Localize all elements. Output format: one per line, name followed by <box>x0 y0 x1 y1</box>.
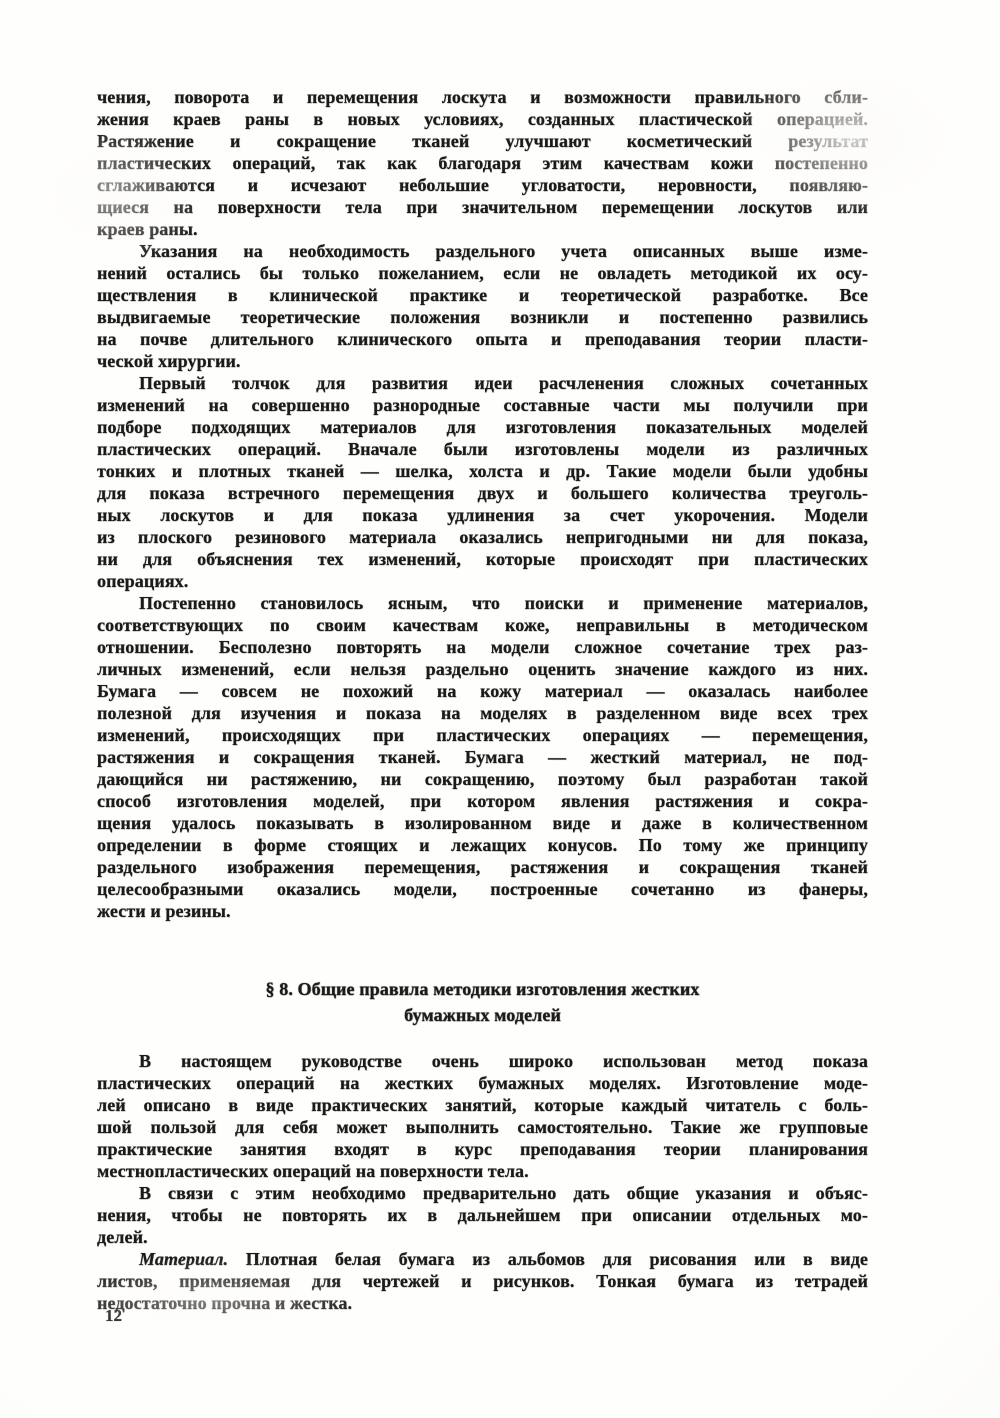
text-line: краев раны. <box>97 218 868 240</box>
page-number: 12 <box>105 1306 122 1326</box>
text-line: листов, применяемая для чертежей и рисун… <box>97 1270 868 1292</box>
text-line: изменений, происходящих при пластических… <box>97 724 868 746</box>
text-line: жести и резины. <box>97 900 868 922</box>
text-line: ществления в клинической практике и теор… <box>97 284 868 306</box>
text-line: щиеся на поверхности тела при значительн… <box>97 196 868 218</box>
text-line: соответствующих по своим качествам коже,… <box>97 614 868 636</box>
text-line: жения краев раны в новых условиях, созда… <box>97 108 868 130</box>
text-line: пластических операций. Вначале были изго… <box>97 438 868 460</box>
text-line: сглаживаются и исчезают небольшие углова… <box>97 174 868 196</box>
text-line: чения, поворота и перемещения лоскута и … <box>97 86 868 108</box>
text-line: тонких и плотных тканей — шелка, холста … <box>97 460 868 482</box>
text-line: Первый толчок для развития идеи расчлене… <box>97 372 868 394</box>
paragraph: В настоящем руководстве очень широко исп… <box>97 1050 868 1182</box>
text-line: способ изготовления моделей, при котором… <box>97 790 868 812</box>
text-line: ни для объяснения тех изменений, которые… <box>97 548 868 570</box>
text-line: В настоящем руководстве очень широко исп… <box>97 1050 868 1072</box>
text-line: отношении. Бесполезно повторять на модел… <box>97 636 868 658</box>
paragraph: чения, поворота и перемещения лоскута и … <box>97 86 868 240</box>
text-line: делей. <box>97 1226 868 1248</box>
text-line: пластических операций на жестких бумажны… <box>97 1072 868 1094</box>
paragraph: Постепенно становилось ясным, что поиски… <box>97 592 868 922</box>
text-line: выдвигаемые теоретические положения возн… <box>97 306 868 328</box>
scanned-book-page: чения, поворота и перемещения лоскута и … <box>0 0 1000 1418</box>
text-line: личных изменений, если нельзя раздельно … <box>97 658 868 680</box>
text-line: Бумага — совсем не похожий на кожу матер… <box>97 680 868 702</box>
paragraph: Материал. Плотная белая бумага из альбом… <box>97 1248 868 1314</box>
text-column: чения, поворота и перемещения лоскута и … <box>97 86 868 1314</box>
text-line: недостаточно прочна и жестка. <box>97 1292 868 1314</box>
text-line: шой пользой для себя может выполнить сам… <box>97 1116 868 1138</box>
text-line: нений остались бы только пожеланием, есл… <box>97 262 868 284</box>
text-line: ных лоскутов и для показа удлинения за с… <box>97 504 868 526</box>
heading-line: бумажных моделей <box>107 1002 858 1028</box>
text-line: целесообразными оказались модели, постро… <box>97 878 868 900</box>
text-line: полезной для изучения и показа на моделя… <box>97 702 868 724</box>
text-line: В связи с этим необходимо предварительно… <box>97 1182 868 1204</box>
text-line: нения, чтобы не повторять их в дальнейше… <box>97 1204 868 1226</box>
text-line: из плоского резинового материала оказали… <box>97 526 868 548</box>
text-line: пластических операций, так как благодаря… <box>97 152 868 174</box>
text-line: операциях. <box>97 570 868 592</box>
paragraph: Указания на необходимость раздельного уч… <box>97 240 868 372</box>
text-line: дающийся ни растяжению, ни сокращению, п… <box>97 768 868 790</box>
text-line: на почве длительного клинического опыта … <box>97 328 868 350</box>
text-line: Указания на необходимость раздельного уч… <box>97 240 868 262</box>
text-line: растяжения и сокращения тканей. Бумага —… <box>97 746 868 768</box>
text-line: для показа встречного перемещения двух и… <box>97 482 868 504</box>
text-line: местнопластических операций на поверхнос… <box>97 1160 868 1182</box>
text-line: ческой хирургии. <box>97 350 868 372</box>
paragraph: В связи с этим необходимо предварительно… <box>97 1182 868 1248</box>
text-line: Материал. Плотная белая бумага из альбом… <box>97 1248 868 1270</box>
section-heading: § 8. Общие правила методики изготовления… <box>107 976 858 1028</box>
text-line: лей описано в виде практических занятий,… <box>97 1094 868 1116</box>
text-line: изменений на совершенно разнородные сост… <box>97 394 868 416</box>
text-line: практические занятия входят в курс препо… <box>97 1138 868 1160</box>
text-line: раздельного изображения перемещения, рас… <box>97 856 868 878</box>
heading-line: § 8. Общие правила методики изготовления… <box>107 976 858 1002</box>
text-line: определении в форме стоящих и лежащих ко… <box>97 834 868 856</box>
lead-word-italic: Материал. <box>139 1249 228 1269</box>
text-line: подборе подходящих материалов для изгото… <box>97 416 868 438</box>
text-line: щения удалось показывать в изолированном… <box>97 812 868 834</box>
paragraph: Первый толчок для развития идеи расчлене… <box>97 372 868 592</box>
text-line: Постепенно становилось ясным, что поиски… <box>97 592 868 614</box>
text-line: Растяжение и сокращение тканей улучшают … <box>97 130 868 152</box>
